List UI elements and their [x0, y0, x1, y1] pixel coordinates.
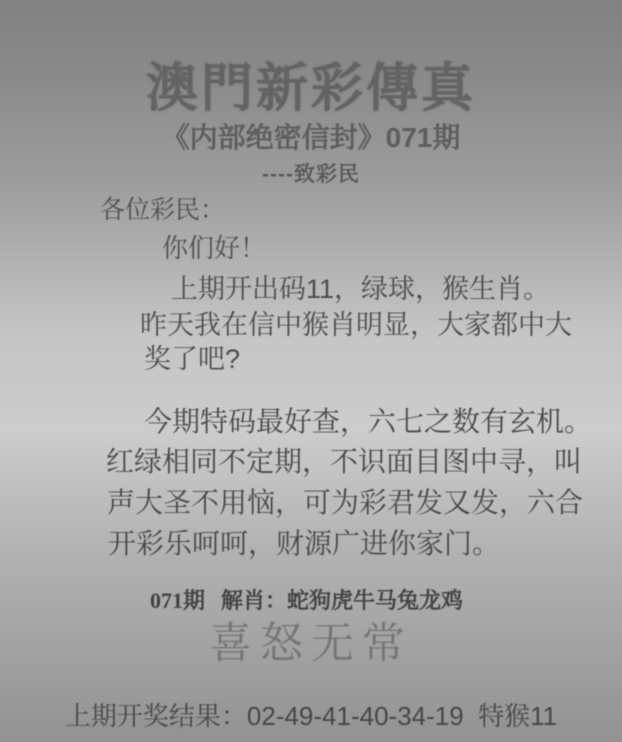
- para1-line1: 上期开出码11，绿球，猴生肖。: [171, 267, 550, 306]
- para2-line1: 今期特码最好查，六七之数有玄机。: [144, 400, 592, 440]
- previous-result-line: 上期开奖结果：02-49-41-40-34-19 特猴11: [0, 696, 622, 733]
- salutation: 各位彩民：: [100, 190, 225, 226]
- dedication-line: ----致彩民: [0, 158, 622, 188]
- para2-line4: 开彩乐呵呵，财源广进你家门。: [108, 522, 500, 562]
- para2-line2: 红绿相同不定期，不识面目图中寻，叫: [106, 440, 582, 480]
- greeting: 你们好！: [162, 228, 266, 265]
- page-title: 澳門新彩傳真: [0, 46, 622, 121]
- para1-line3: 奖了吧?: [144, 337, 240, 376]
- document-content: 澳門新彩傳真 《内部绝密信封》071期 ----致彩民 各位彩民： 你们好！ 上…: [0, 0, 622, 742]
- para2-line3: 声大圣不用恼，可为彩君发又发，六合: [107, 481, 583, 521]
- idiom-hint: 喜怒无常: [0, 610, 622, 671]
- lottery-fax-document: 澳門新彩傳真 《内部绝密信封》071期 ----致彩民 各位彩民： 你们好！ 上…: [0, 0, 622, 742]
- envelope-subtitle: 《内部绝密信封》071期: [0, 116, 622, 156]
